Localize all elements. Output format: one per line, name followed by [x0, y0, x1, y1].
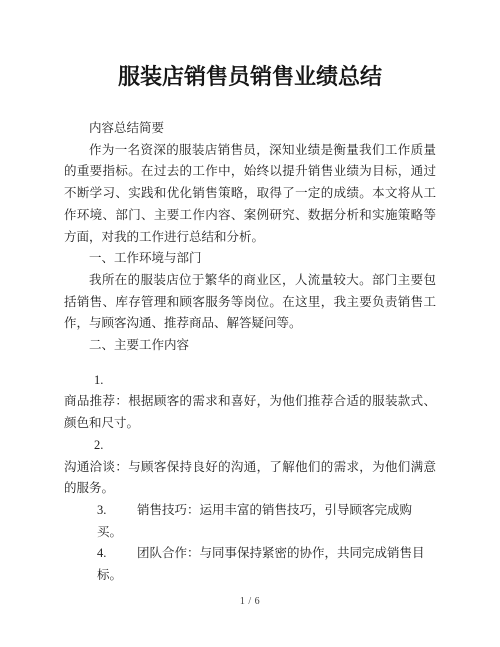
- section-2-heading: 二、主要工作内容: [64, 335, 436, 357]
- page-number: 1 / 6: [0, 596, 500, 607]
- list-item-1-number: 1.: [64, 370, 436, 392]
- list-item-4: 4.团队合作：与同事保持紧密的协作，共同完成销售目标。: [64, 543, 436, 586]
- intro-paragraph: 作为一名资深的服装店销售员，深知业绩是衡量我们工作质量的重要指标。在过去的工作中…: [64, 140, 436, 249]
- summary-label: 内容总结简要: [64, 118, 436, 140]
- document-body: 内容总结简要 作为一名资深的服装店销售员，深知业绩是衡量我们工作质量的重要指标。…: [64, 118, 436, 587]
- list-item-2-text: 沟通洽谈：与顾客保持良好的沟通，了解他们的需求，为他们满意的服务。: [64, 457, 436, 500]
- list-item-2-number: 2.: [64, 435, 436, 457]
- list-item-3: 3.销售技巧：运用丰富的销售技巧，引导顾客完成购买。: [64, 500, 436, 543]
- document-title: 服装店销售员销售业绩总结: [0, 0, 500, 92]
- section-1-heading: 一、工作环境与部门: [64, 248, 436, 270]
- list-item-3-text: 销售技巧：运用丰富的销售技巧，引导顾客完成购买。: [97, 503, 412, 539]
- list-item-4-number: 4.: [97, 543, 137, 565]
- list-item-1-text: 商品推荐：根据顾客的需求和喜好，为他们推荐合适的服装款式、颜色和尺寸。: [64, 391, 436, 434]
- document-page: 服装店销售员销售业绩总结 内容总结简要 作为一名资深的服装店销售员，深知业绩是衡…: [0, 0, 500, 647]
- section-1-paragraph: 我所在的服装店位于繁华的商业区，人流量较大。部门主要包括销售、库存管理和顾客服务…: [64, 270, 436, 335]
- list-item-3-number: 3.: [97, 500, 137, 522]
- list-item-4-text: 团队合作：与同事保持紧密的协作，共同完成销售目标。: [97, 546, 425, 582]
